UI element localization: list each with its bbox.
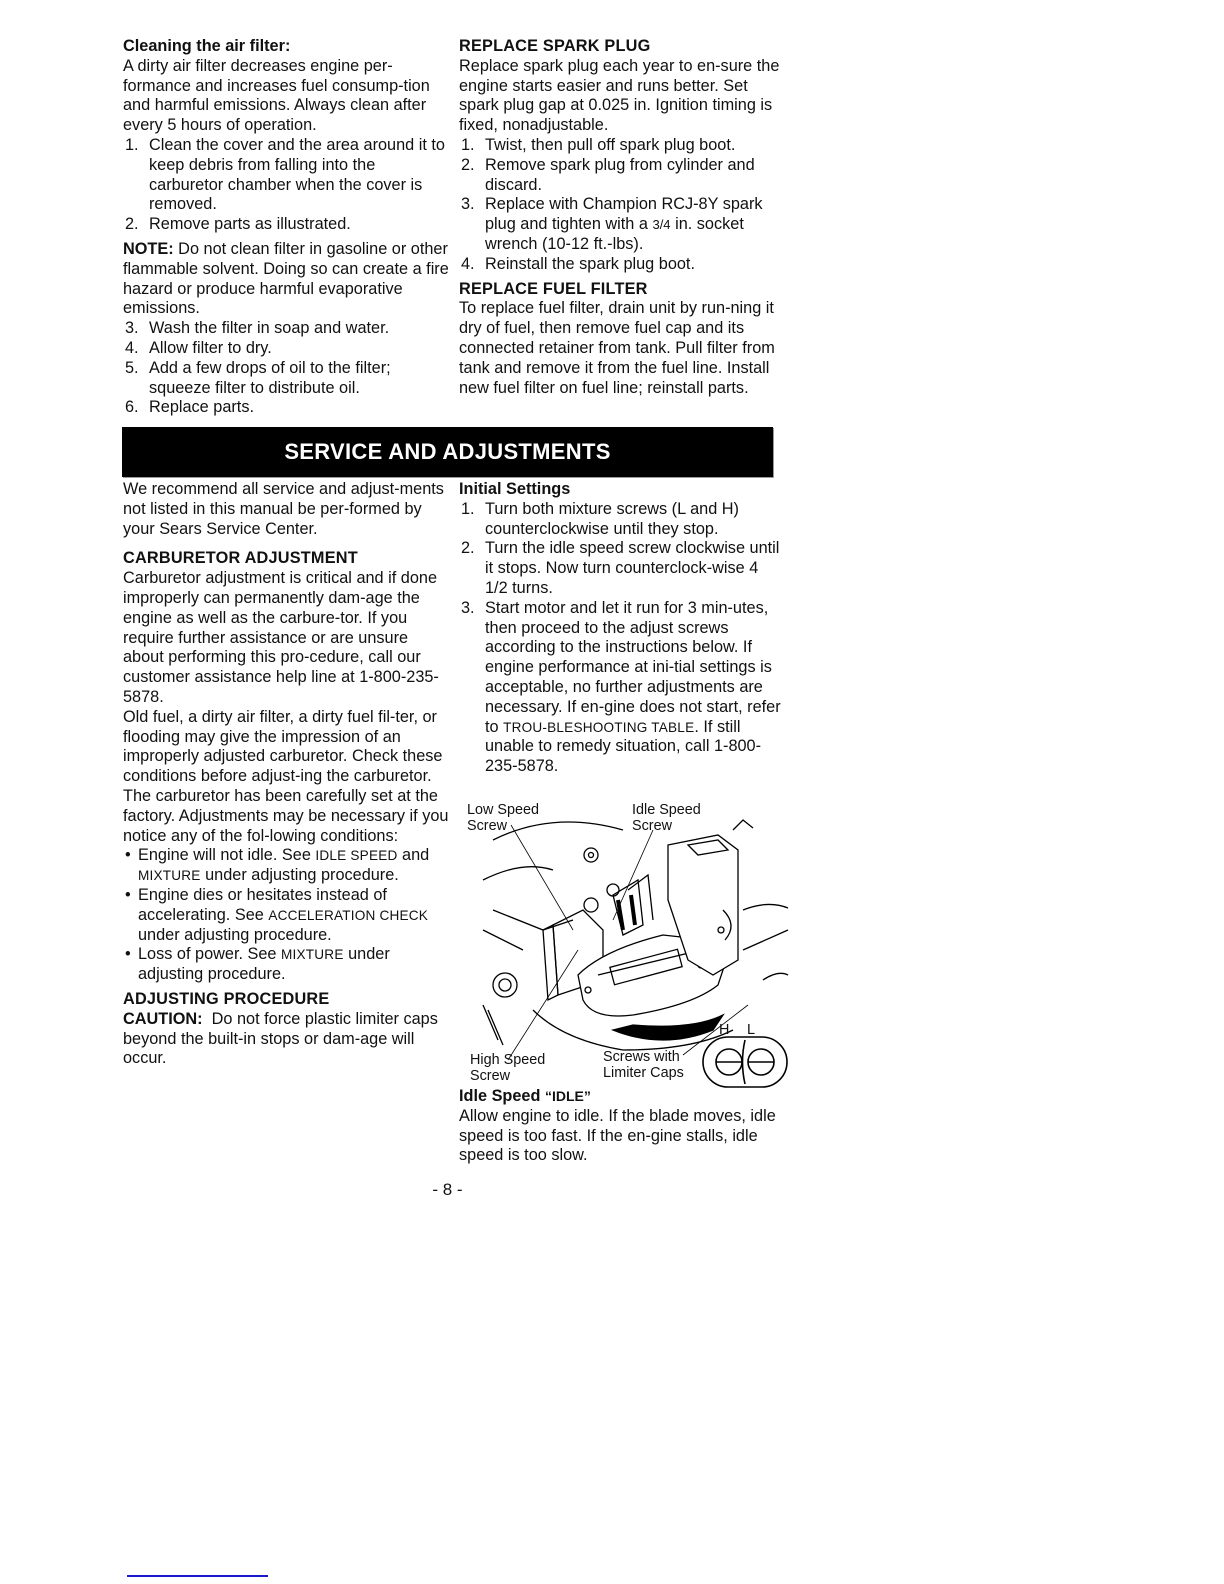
list-item: 2.Turn the idle speed screw clockwise un… xyxy=(459,539,784,598)
idle-speed-heading: Idle Speed “IDLE” xyxy=(459,1087,784,1107)
initial-settings-heading: Initial Settings xyxy=(459,480,784,500)
list-item: •Engine dies or hesitates instead of acc… xyxy=(123,886,453,945)
adjusting-caution: CAUTION: Do not force plastic limiter ca… xyxy=(123,1010,453,1069)
banner-title: SERVICE AND ADJUSTMENTS xyxy=(284,439,610,465)
air-filter-section: Cleaning the air filter: A dirty air fil… xyxy=(123,37,453,418)
carburetor-heading: CARBURETOR ADJUSTMENT xyxy=(123,549,453,569)
label-idle-speed-screw: Idle SpeedScrew xyxy=(632,802,701,834)
list-item: 1.Clean the cover and the area around it… xyxy=(123,136,453,215)
air-filter-heading: Cleaning the air filter: xyxy=(123,37,453,57)
list-item: 2.Remove parts as illustrated. xyxy=(123,215,453,235)
list-item: 6.Replace parts. xyxy=(123,398,453,418)
fuel-filter-body: To replace fuel filter, drain unit by ru… xyxy=(459,299,784,398)
idle-speed-body: Allow engine to idle. If the blade moves… xyxy=(459,1107,784,1166)
adjusting-heading: ADJUSTING PROCEDURE xyxy=(123,990,453,1010)
footer-link-underline[interactable] xyxy=(127,1575,268,1577)
list-item: 4.Allow filter to dry. xyxy=(123,339,453,359)
label-l: L xyxy=(747,1022,755,1038)
label-limiter-caps: Screws withLimiter Caps xyxy=(603,1049,684,1081)
service-intro: We recommend all service and adjust-ment… xyxy=(123,480,453,539)
air-filter-steps-b: 3.Wash the filter in soap and water. 4.A… xyxy=(123,319,453,418)
air-filter-note: NOTE: Do not clean filter in gasoline or… xyxy=(123,240,453,319)
air-filter-steps-a: 1.Clean the cover and the area around it… xyxy=(123,136,453,235)
list-item: 2.Remove spark plug from cylinder and di… xyxy=(459,156,784,196)
label-high-speed-screw: High SpeedScrew xyxy=(470,1052,545,1084)
carburetor-conditions: •Engine will not idle. See IDLE SPEED an… xyxy=(123,846,453,985)
list-item: 3.Replace with Champion RCJ-8Y spark plu… xyxy=(459,195,784,254)
list-item: •Loss of power. See MIXTURE under adjust… xyxy=(123,945,453,985)
service-left-column: We recommend all service and adjust-ment… xyxy=(123,480,453,1069)
idle-speed-section: Idle Speed “IDLE” Allow engine to idle. … xyxy=(459,1087,784,1166)
spark-plug-heading: REPLACE SPARK PLUG xyxy=(459,37,784,57)
spark-plug-section: REPLACE SPARK PLUG Replace spark plug ea… xyxy=(459,37,784,398)
list-item: 3.Wash the filter in soap and water. xyxy=(123,319,453,339)
list-item: 1.Turn both mixture screws (L and H) cou… xyxy=(459,500,784,540)
list-item: 4.Reinstall the spark plug boot. xyxy=(459,255,784,275)
list-item: •Engine will not idle. See IDLE SPEED an… xyxy=(123,846,453,886)
list-item: 1.Twist, then pull off spark plug boot. xyxy=(459,136,784,156)
initial-settings-steps: 1.Turn both mixture screws (L and H) cou… xyxy=(459,500,784,777)
carburetor-para-1: Carburetor adjustment is critical and if… xyxy=(123,569,453,708)
carburetor-para-2: Old fuel, a dirty air filter, a dirty fu… xyxy=(123,708,453,787)
carburetor-illustration: Low SpeedScrew Idle SpeedScrew High Spee… xyxy=(463,800,793,1090)
carburetor-para-3: The carburetor has been carefully set at… xyxy=(123,787,453,846)
carburetor-engine-icon xyxy=(463,800,793,1090)
spark-plug-steps: 1.Twist, then pull off spark plug boot. … xyxy=(459,136,784,275)
label-h: H xyxy=(719,1022,729,1038)
section-banner: SERVICE AND ADJUSTMENTS xyxy=(122,427,773,477)
fuel-filter-heading: REPLACE FUEL FILTER xyxy=(459,280,784,300)
list-item: 5.Add a few drops of oil to the filter; … xyxy=(123,359,453,399)
list-item: 3.Start motor and let it run for 3 min-u… xyxy=(459,599,784,777)
service-right-column: Initial Settings 1.Turn both mixture scr… xyxy=(459,480,784,777)
label-low-speed-screw: Low SpeedScrew xyxy=(467,802,539,834)
spark-plug-intro: Replace spark plug each year to en-sure … xyxy=(459,57,784,136)
page-number: - 8 - xyxy=(0,1180,895,1200)
air-filter-intro: A dirty air filter decreases engine per-… xyxy=(123,57,453,136)
